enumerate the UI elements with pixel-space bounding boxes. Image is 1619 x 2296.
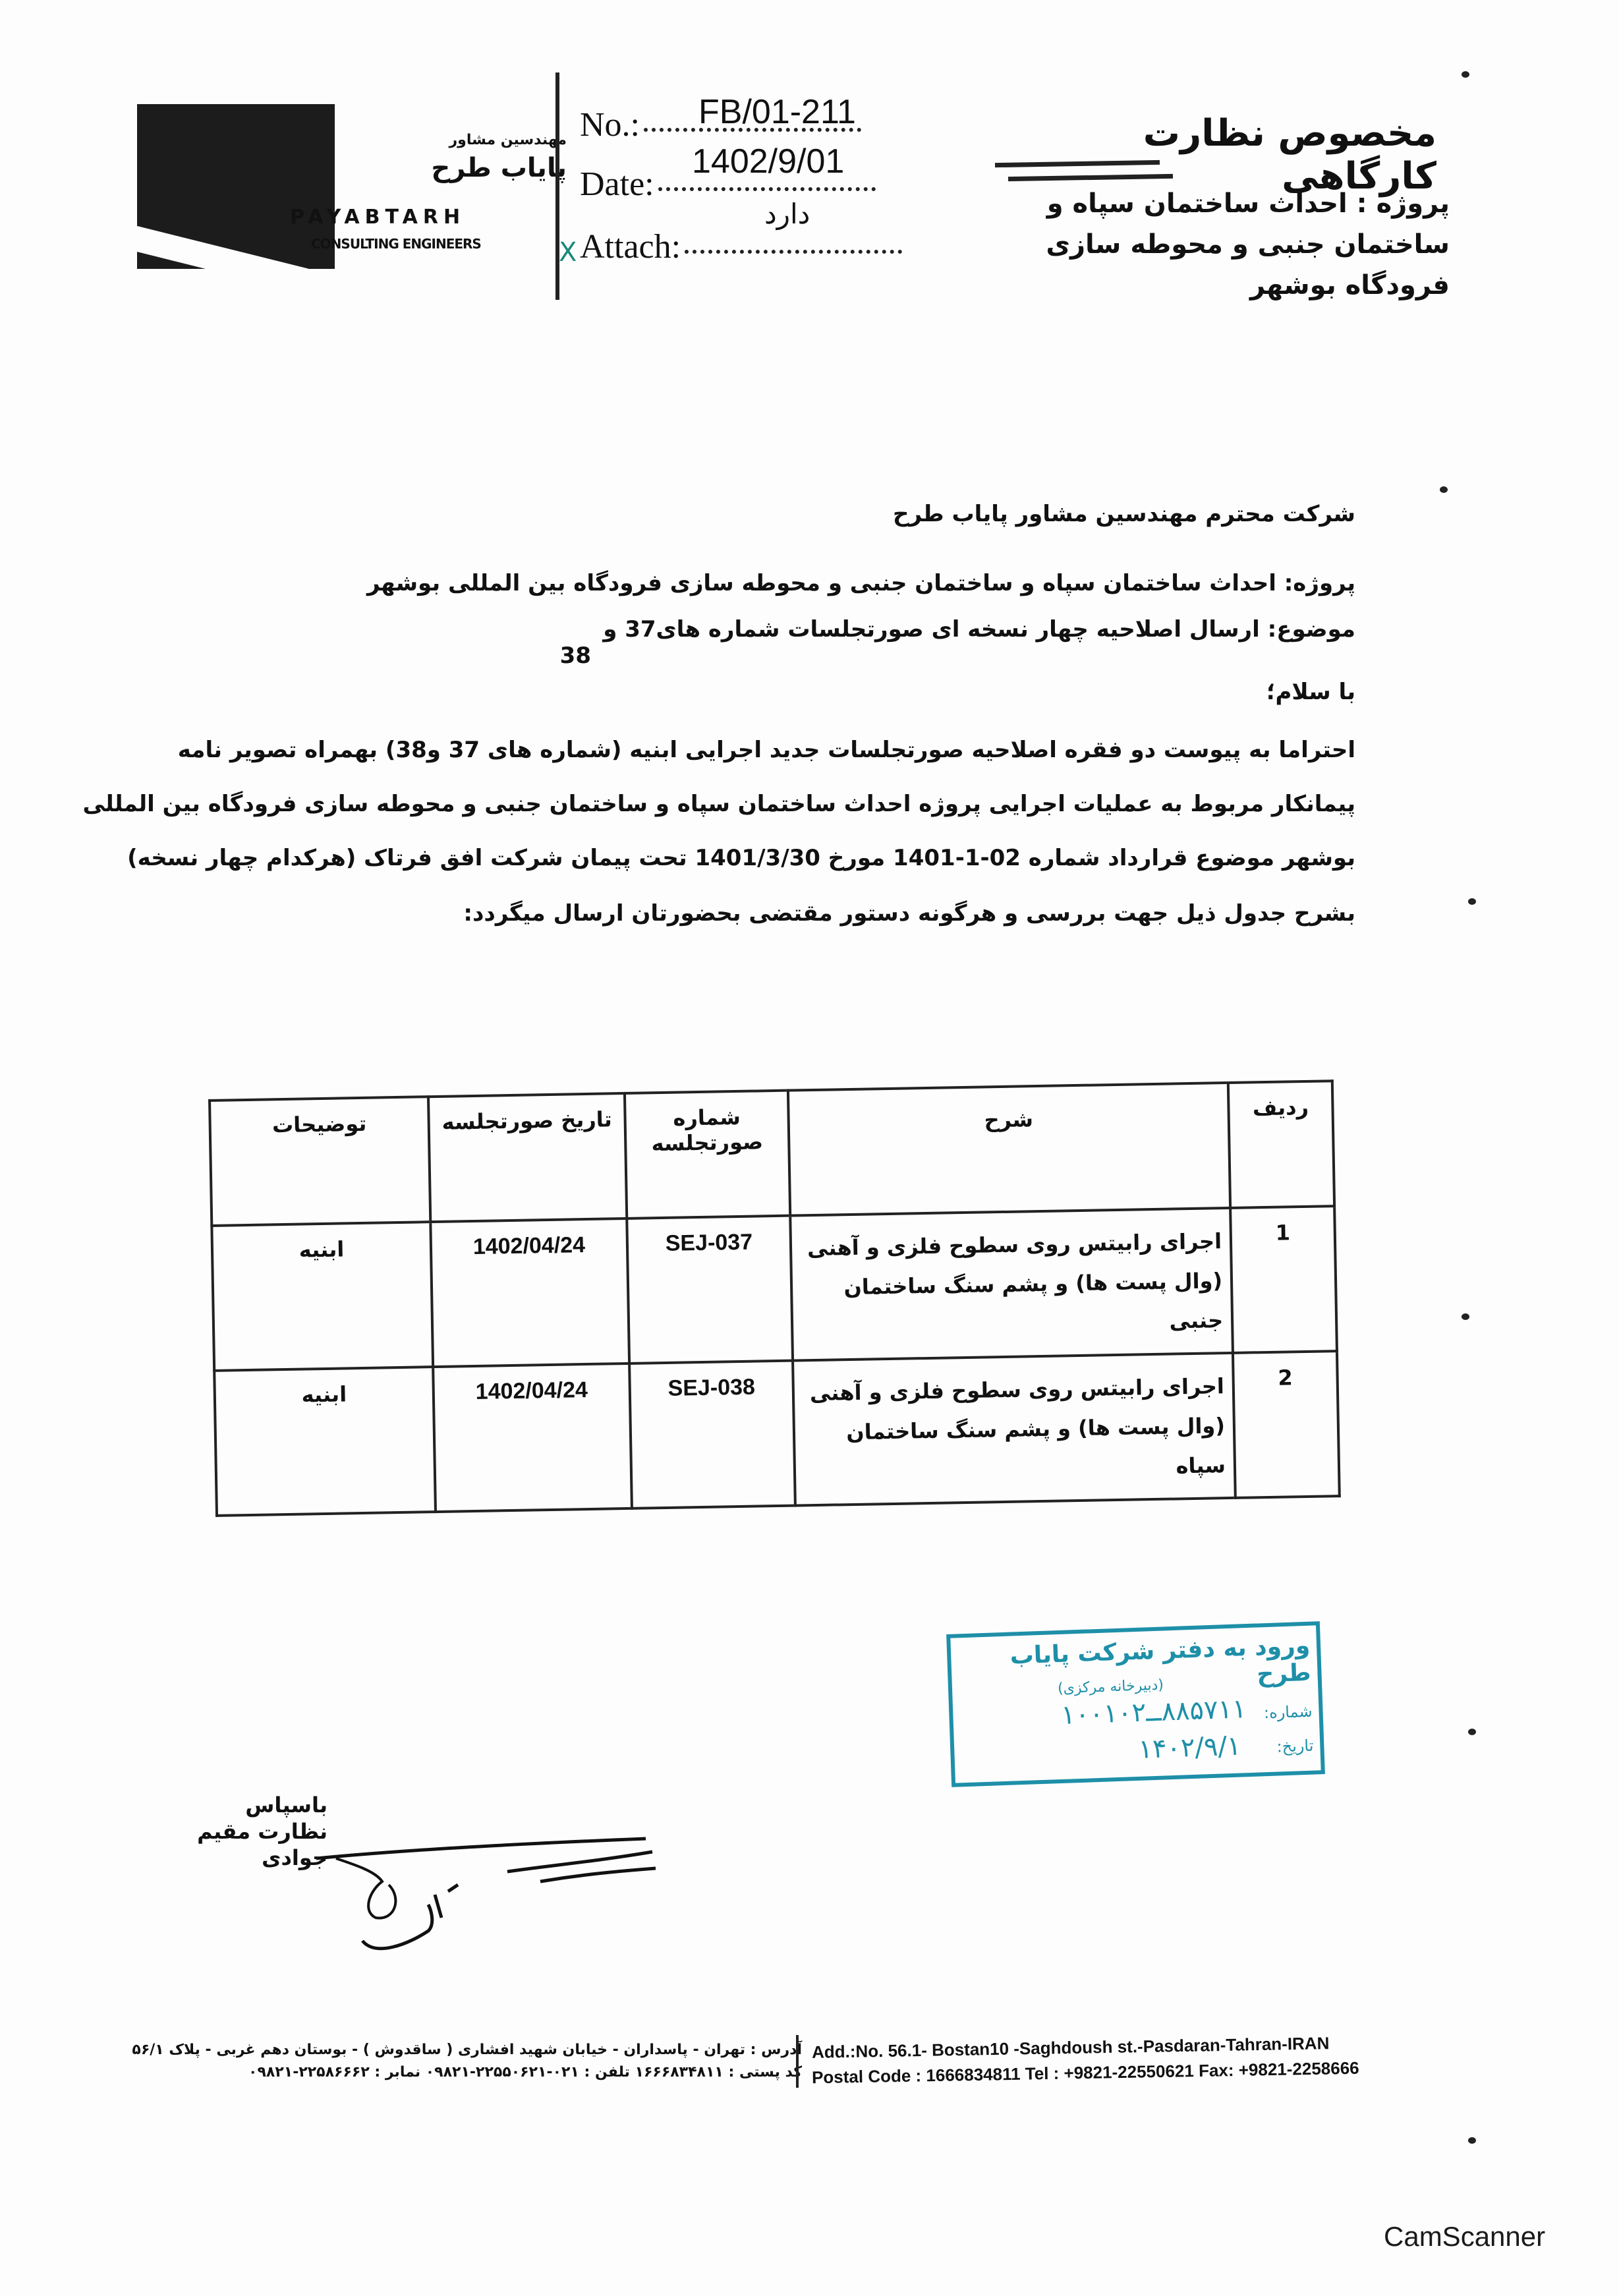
signature-role: نظارت مقیم xyxy=(197,1819,327,1844)
stamp-number-value: ۸۸۵۷۱۱ــ۱۰۰۱۰۲ xyxy=(1060,1694,1247,1731)
header-project-name: پروژه : احداث ساختمان سپاه و ساختمان جنب… xyxy=(1028,183,1450,306)
margin-mark xyxy=(1462,1313,1469,1320)
dotted-line xyxy=(658,187,876,191)
margin-mark xyxy=(1468,2137,1476,2144)
logo-stripe xyxy=(137,222,331,269)
cell-date: 1402/04/24 xyxy=(430,1219,629,1367)
col-header-date: تاریخ صورتجلسه xyxy=(428,1093,627,1222)
greeting: با سلام؛ xyxy=(1266,679,1355,705)
dotted-line xyxy=(685,250,902,254)
ref-date-label: Date: xyxy=(580,165,654,204)
attach-check-mark: X xyxy=(559,237,577,268)
ref-no-value: FB/01-211 xyxy=(698,92,856,132)
cell-description: اجرای رابیتس روی سطوح فلزی و آهنی (وال پ… xyxy=(793,1353,1236,1506)
minutes-table: ردیف شرح شماره صورتجلسه تاریخ صورتجلسه ت… xyxy=(208,1079,1340,1500)
footer-en-contact: Postal Code : 1666834811 Tel : +9821-225… xyxy=(812,2058,1359,2088)
footer-en-address: Add.:No. 56.1- Bostan10 -Saghdoush st.-P… xyxy=(812,2033,1330,2063)
signature-closing: باسپاس xyxy=(245,1793,327,1818)
cell-number: SEJ-037 xyxy=(627,1216,793,1363)
margin-mark xyxy=(1440,486,1448,493)
margin-mark xyxy=(1462,71,1469,78)
project-line: پروژه: احداث ساختمان سپاه و ساختمان جنبی… xyxy=(367,570,1355,596)
company-logo-mark xyxy=(137,104,335,269)
paragraph-line: بوشهر موضوع قرارداد شماره 02-1-1401 مورخ… xyxy=(127,845,1355,871)
stamp-date-label: تاریخ: xyxy=(1276,1736,1314,1756)
ref-date-value: 1402/9/01 xyxy=(692,142,844,181)
cell-row: 1 xyxy=(1230,1206,1337,1353)
logo-fa-subtitle: مهندسین مشاور xyxy=(369,132,567,148)
paragraph-line: بشرح جدول ذیل جهت بررسی و هرگونه دستور م… xyxy=(463,900,1355,927)
cell-description: اجرای رابیتس روی سطوح فلزی و آهنی (وال پ… xyxy=(790,1208,1233,1361)
col-header-notes: توضیحات xyxy=(210,1097,430,1226)
logo-en-subtitle: CONSULTING ENGINEERS xyxy=(311,236,481,252)
table-row: 1 اجرای رابیتس روی سطوح فلزی و آهنی (وال… xyxy=(212,1206,1337,1371)
col-header-description: شرح xyxy=(788,1083,1230,1216)
ref-no-label: No.: xyxy=(580,105,640,144)
footer-fa-address: آدرس : تهران - پاسداران - خیابان شهید اف… xyxy=(132,2042,802,2058)
footer-divider xyxy=(796,2035,799,2088)
paragraph-line: پیمانکار مربوط به عملیات اجرایی پروژه اح… xyxy=(82,791,1355,817)
ref-attach-value: دارد xyxy=(764,198,810,230)
table-row: 2 اجرای رابیتس روی سطوح فلزی و آهنی (وال… xyxy=(214,1351,1340,1516)
cell-notes: ابنیه xyxy=(212,1222,433,1371)
margin-mark xyxy=(1468,1729,1476,1735)
subject-line-continued: 38 xyxy=(560,643,591,669)
logo-en-company-name: PAYABTARH xyxy=(290,206,465,229)
logo-fa-company-name: پایاب طرح xyxy=(343,153,567,183)
handwritten-signature-icon xyxy=(316,1832,659,1964)
receipt-stamp: ورود به دفتر شرکت پایاب طرح (دبیرخانه مر… xyxy=(946,1621,1325,1787)
stamp-number-label: شماره: xyxy=(1264,1702,1313,1723)
cell-row: 2 xyxy=(1233,1351,1340,1498)
footer-fa-contact: کد پستی : ۱۶۶۶۸۳۴۸۱۱ تلفن : ۰۲۱-۲۲۵۵۰۶۲۱… xyxy=(248,2064,802,2081)
cell-notes: ابنیه xyxy=(214,1367,436,1516)
cell-number: SEJ-038 xyxy=(629,1361,795,1508)
stamp-subtitle: (دبیرخانه مرکزی) xyxy=(1058,1677,1164,1698)
table-header-row: ردیف شرح شماره صورتجلسه تاریخ صورتجلسه ت… xyxy=(210,1081,1334,1226)
subject-line: موضوع: ارسال اصلاحیه چهار نسخه ای صورتجل… xyxy=(603,616,1355,643)
stamp-date-value: ۱۴۰۲/۹/۱ xyxy=(1138,1731,1241,1764)
recipient: شرکت محترم مهندسین مشاور پایاب طرح xyxy=(893,501,1355,527)
cell-date: 1402/04/24 xyxy=(433,1363,632,1512)
margin-mark xyxy=(1468,898,1476,905)
scanner-watermark: CamScanner xyxy=(1384,2221,1545,2253)
col-header-number: شماره صورتجلسه xyxy=(625,1091,790,1219)
ref-attach-label: Attach: xyxy=(580,227,681,266)
ref-attach-field: Attach: xyxy=(580,227,902,266)
col-header-row: ردیف xyxy=(1228,1081,1334,1208)
paragraph-line: احتراما به پیوست دو فقره اصلاحیه صورتجلس… xyxy=(178,737,1355,763)
